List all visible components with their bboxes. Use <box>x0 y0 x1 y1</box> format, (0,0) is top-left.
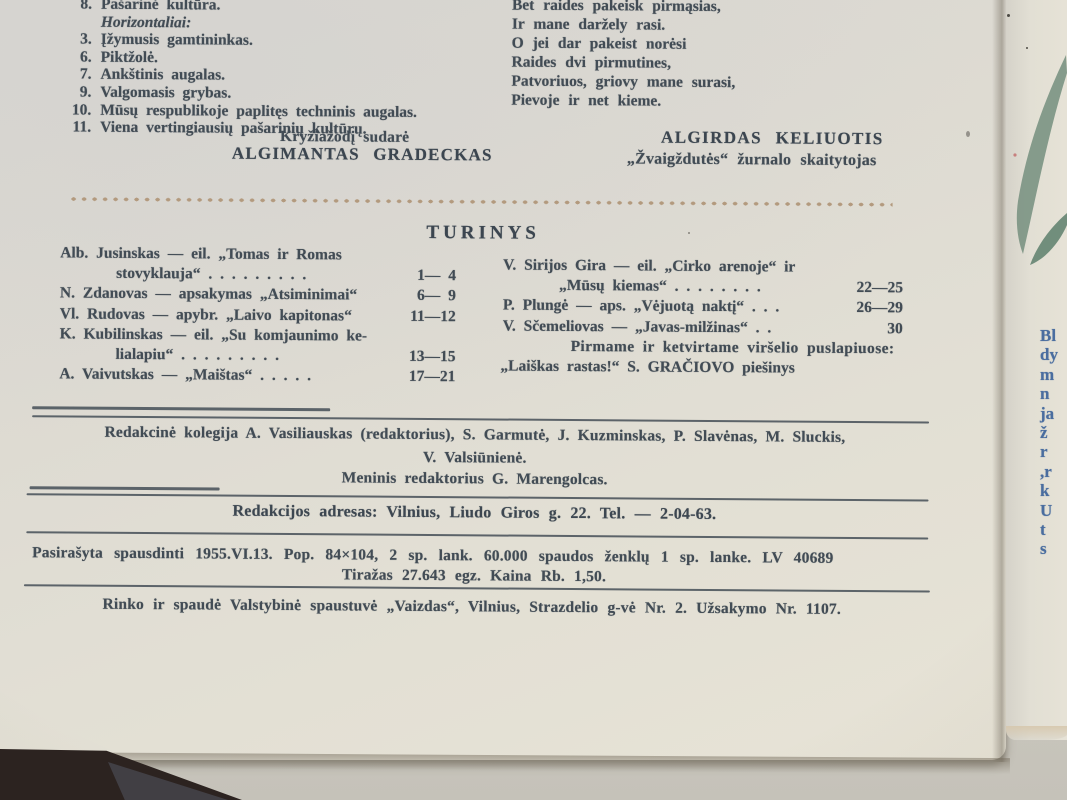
cutoff-text-fragment: k <box>1040 481 1058 500</box>
toc-entry-text: A. Vaivutskas — „Maištas“ . . . . . <box>59 365 311 387</box>
cover-note-line: „Laiškas rastas!“ S. GRAČIOVO piešinys <box>500 357 902 380</box>
toc-page-numbers: 6— 9 <box>417 286 456 306</box>
clue-number: 3. <box>60 31 92 49</box>
clue-text: Pašarinė kultūra. <box>101 0 221 14</box>
toc-entry: Alb. Jusinskas — eil. „Tomas ir Romas st… <box>60 243 456 286</box>
clue-number: 8. <box>60 0 92 13</box>
clue-number: 11. <box>59 119 91 137</box>
poem-line: Bet raides pakeisk pirmąsias, <box>512 0 736 17</box>
toc-entry-text: Vl. Rudovas — apybr. „Laivo kapitonas“ <box>60 304 352 326</box>
toc-entry-text: Alb. Jusinskas — eil. „Tomas ir Romas <box>60 243 456 266</box>
cutoff-text-fragment: U <box>1040 501 1058 520</box>
clue-text: Piktžolė. <box>101 48 158 65</box>
clue-number: 10. <box>59 101 91 119</box>
cutoff-text-fragment: s <box>1040 539 1058 558</box>
toc-entry: Vl. Rudovas — apybr. „Laivo kapitonas“11… <box>60 304 456 327</box>
toc-entry: A. Vaivutskas — „Maištas“ . . . . .17—21 <box>59 365 455 388</box>
dust-speck <box>1007 14 1010 17</box>
toc-right-column: V. Sirijos Gira — eil. „Cirko arenoje“ i… <box>502 256 903 380</box>
cover-note-line: Pirmame ir ketvirtame viršelio puslapiuo… <box>571 337 903 360</box>
reader-poem: Bet raides pakeisk pirmąsias, Ir mane da… <box>511 0 736 112</box>
toc-page-numbers: 17—21 <box>409 367 456 388</box>
horizontal-rule <box>26 531 928 539</box>
poem-author-name: ALGIRDAS KELIUOTIS <box>661 128 884 150</box>
toc-page-numbers: 1— 4 <box>417 266 456 286</box>
clue-number: 7. <box>59 66 91 84</box>
editorial-board-line: Redakcinė kolegija A. Vasiliauskas (reda… <box>47 423 903 447</box>
dust-speck <box>966 131 970 137</box>
toc-entry: V. Sirijos Gira — eil. „Cirko arenoje“ i… <box>503 256 903 299</box>
dust-speck <box>688 232 690 234</box>
cutoff-text-fragment: r <box>1040 442 1058 461</box>
toc-entry: N. Zdanovas — apsakymas „Atsiminimai“6— … <box>60 284 456 307</box>
page-content: 8.Pašarinė kultūra. Horizontaliai: 3.Įžy… <box>0 0 1000 767</box>
cutoff-text-fragment: ž <box>1040 423 1058 442</box>
cutoff-text-fragment: ,r <box>1040 462 1058 481</box>
toc-entry-text: stovyklauja“ . . . . . . . . . <box>60 264 306 286</box>
poem-line: Ir mane daržely rasi. <box>512 15 736 35</box>
toc-entry-text: V. Sčemeliovas — „Javas-milžinas“ . . <box>503 316 772 338</box>
cutoff-text-fragment: m <box>1040 365 1058 384</box>
photo-of-magazine-page: 8.Pašarinė kultūra. Horizontaliai: 3.Įžy… <box>0 0 1067 800</box>
cutoff-text-fragment: dy <box>1040 345 1058 364</box>
toc-page-numbers: 11—12 <box>410 306 456 327</box>
printing-house-line: Rinko ir spaudė Valstybinė spaustuvė „Va… <box>36 595 908 619</box>
toc-entry: V. Sčemeliovas — „Javas-milžinas“ . .30 <box>503 316 903 339</box>
facing-page-edge: Bl dy m n ja ž r ,r k U t s <box>1006 0 1067 740</box>
clue-text: Valgomasis grybas. <box>100 84 231 102</box>
toc-entry-text: N. Zdanovas — apsakymas „Atsiminimai“ <box>60 284 357 306</box>
toc-page-numbers: 13—15 <box>409 347 456 368</box>
crossword-clues-list: 8.Pašarinė kultūra. Horizontaliai: 3.Įžy… <box>59 0 418 139</box>
toc-entry-text: K. Kubilinskas — eil. „Su komjaunimo ke- <box>60 324 456 347</box>
horizontal-rule <box>27 493 929 501</box>
poem-line: Patvoriuos, griovy mane surasi, <box>511 72 735 92</box>
cutoff-text-fragment: ja <box>1040 404 1058 423</box>
horizontal-rule <box>30 486 220 490</box>
clue-text: Mūsų respublikoje paplitęs techninis aug… <box>100 101 417 120</box>
poem-author-note: „Žvaigždutės“ žurnalo skaitytojas <box>627 150 877 170</box>
toc-page-numbers: 30 <box>887 319 903 339</box>
crossword-author-name: ALGIMANTAS GRADECKAS <box>232 144 493 166</box>
poem-line: O jei dar pakeist norėsi <box>512 34 736 54</box>
leaf-illustration <box>1006 55 1067 335</box>
toc-entry-text: „Mūsų kiemas“ . . . . . . . . <box>503 276 761 298</box>
page-corner-curl <box>1006 726 1067 740</box>
toc-entry-text: lialapiu“ . . . . . . . . . <box>59 344 279 366</box>
toc-page-numbers: 26—29 <box>856 298 903 319</box>
toc-entry-text: V. Sirijos Gira — eil. „Cirko arenoje“ i… <box>503 256 903 279</box>
poem-line: Raides dvi pirmutines, <box>512 53 736 73</box>
magazine-back-page: 8.Pašarinė kultūra. Horizontaliai: 3.Įžy… <box>0 0 1006 760</box>
clue-text: Horizontaliai: <box>101 13 192 31</box>
horizontal-rule <box>32 415 929 423</box>
cutoff-text-fragment: Bl <box>1040 326 1058 345</box>
cutoff-text-column: Bl dy m n ja ž r ,r k U t s <box>1040 326 1058 559</box>
toc-left-column: Alb. Jusinskas — eil. „Tomas ir Romas st… <box>59 243 456 387</box>
editorial-board-line: V. Valsiūnienė. <box>47 446 903 470</box>
editorial-address-line: Redakcijos adresas: Vilnius, Liudo Giros… <box>46 501 902 525</box>
toc-entry: P. Plungė — aps. „Vėjuotą naktį“ . . .26… <box>503 296 903 319</box>
cutoff-text-fragment: t <box>1040 520 1058 539</box>
toc-title: TURINYS <box>426 222 540 245</box>
clue-text: Ankštinis augalas. <box>100 66 225 84</box>
cutoff-text-fragment: n <box>1040 384 1058 403</box>
clue-number: 9. <box>59 83 91 101</box>
clue-number: 6. <box>60 48 92 66</box>
horizontal-rule <box>32 406 330 411</box>
toc-entry: K. Kubilinskas — eil. „Su komjaunimo ke-… <box>59 324 455 367</box>
ornament-divider <box>69 194 893 209</box>
toc-page-numbers: 22—25 <box>856 278 903 299</box>
poem-line: Pievoje ir net kieme. <box>511 91 735 111</box>
dust-speck <box>1026 47 1028 49</box>
toc-entry-text: P. Plungė — aps. „Vėjuotą naktį“ . . . <box>503 296 780 318</box>
clue-text: Įžymusis gamtininkas. <box>101 31 253 49</box>
